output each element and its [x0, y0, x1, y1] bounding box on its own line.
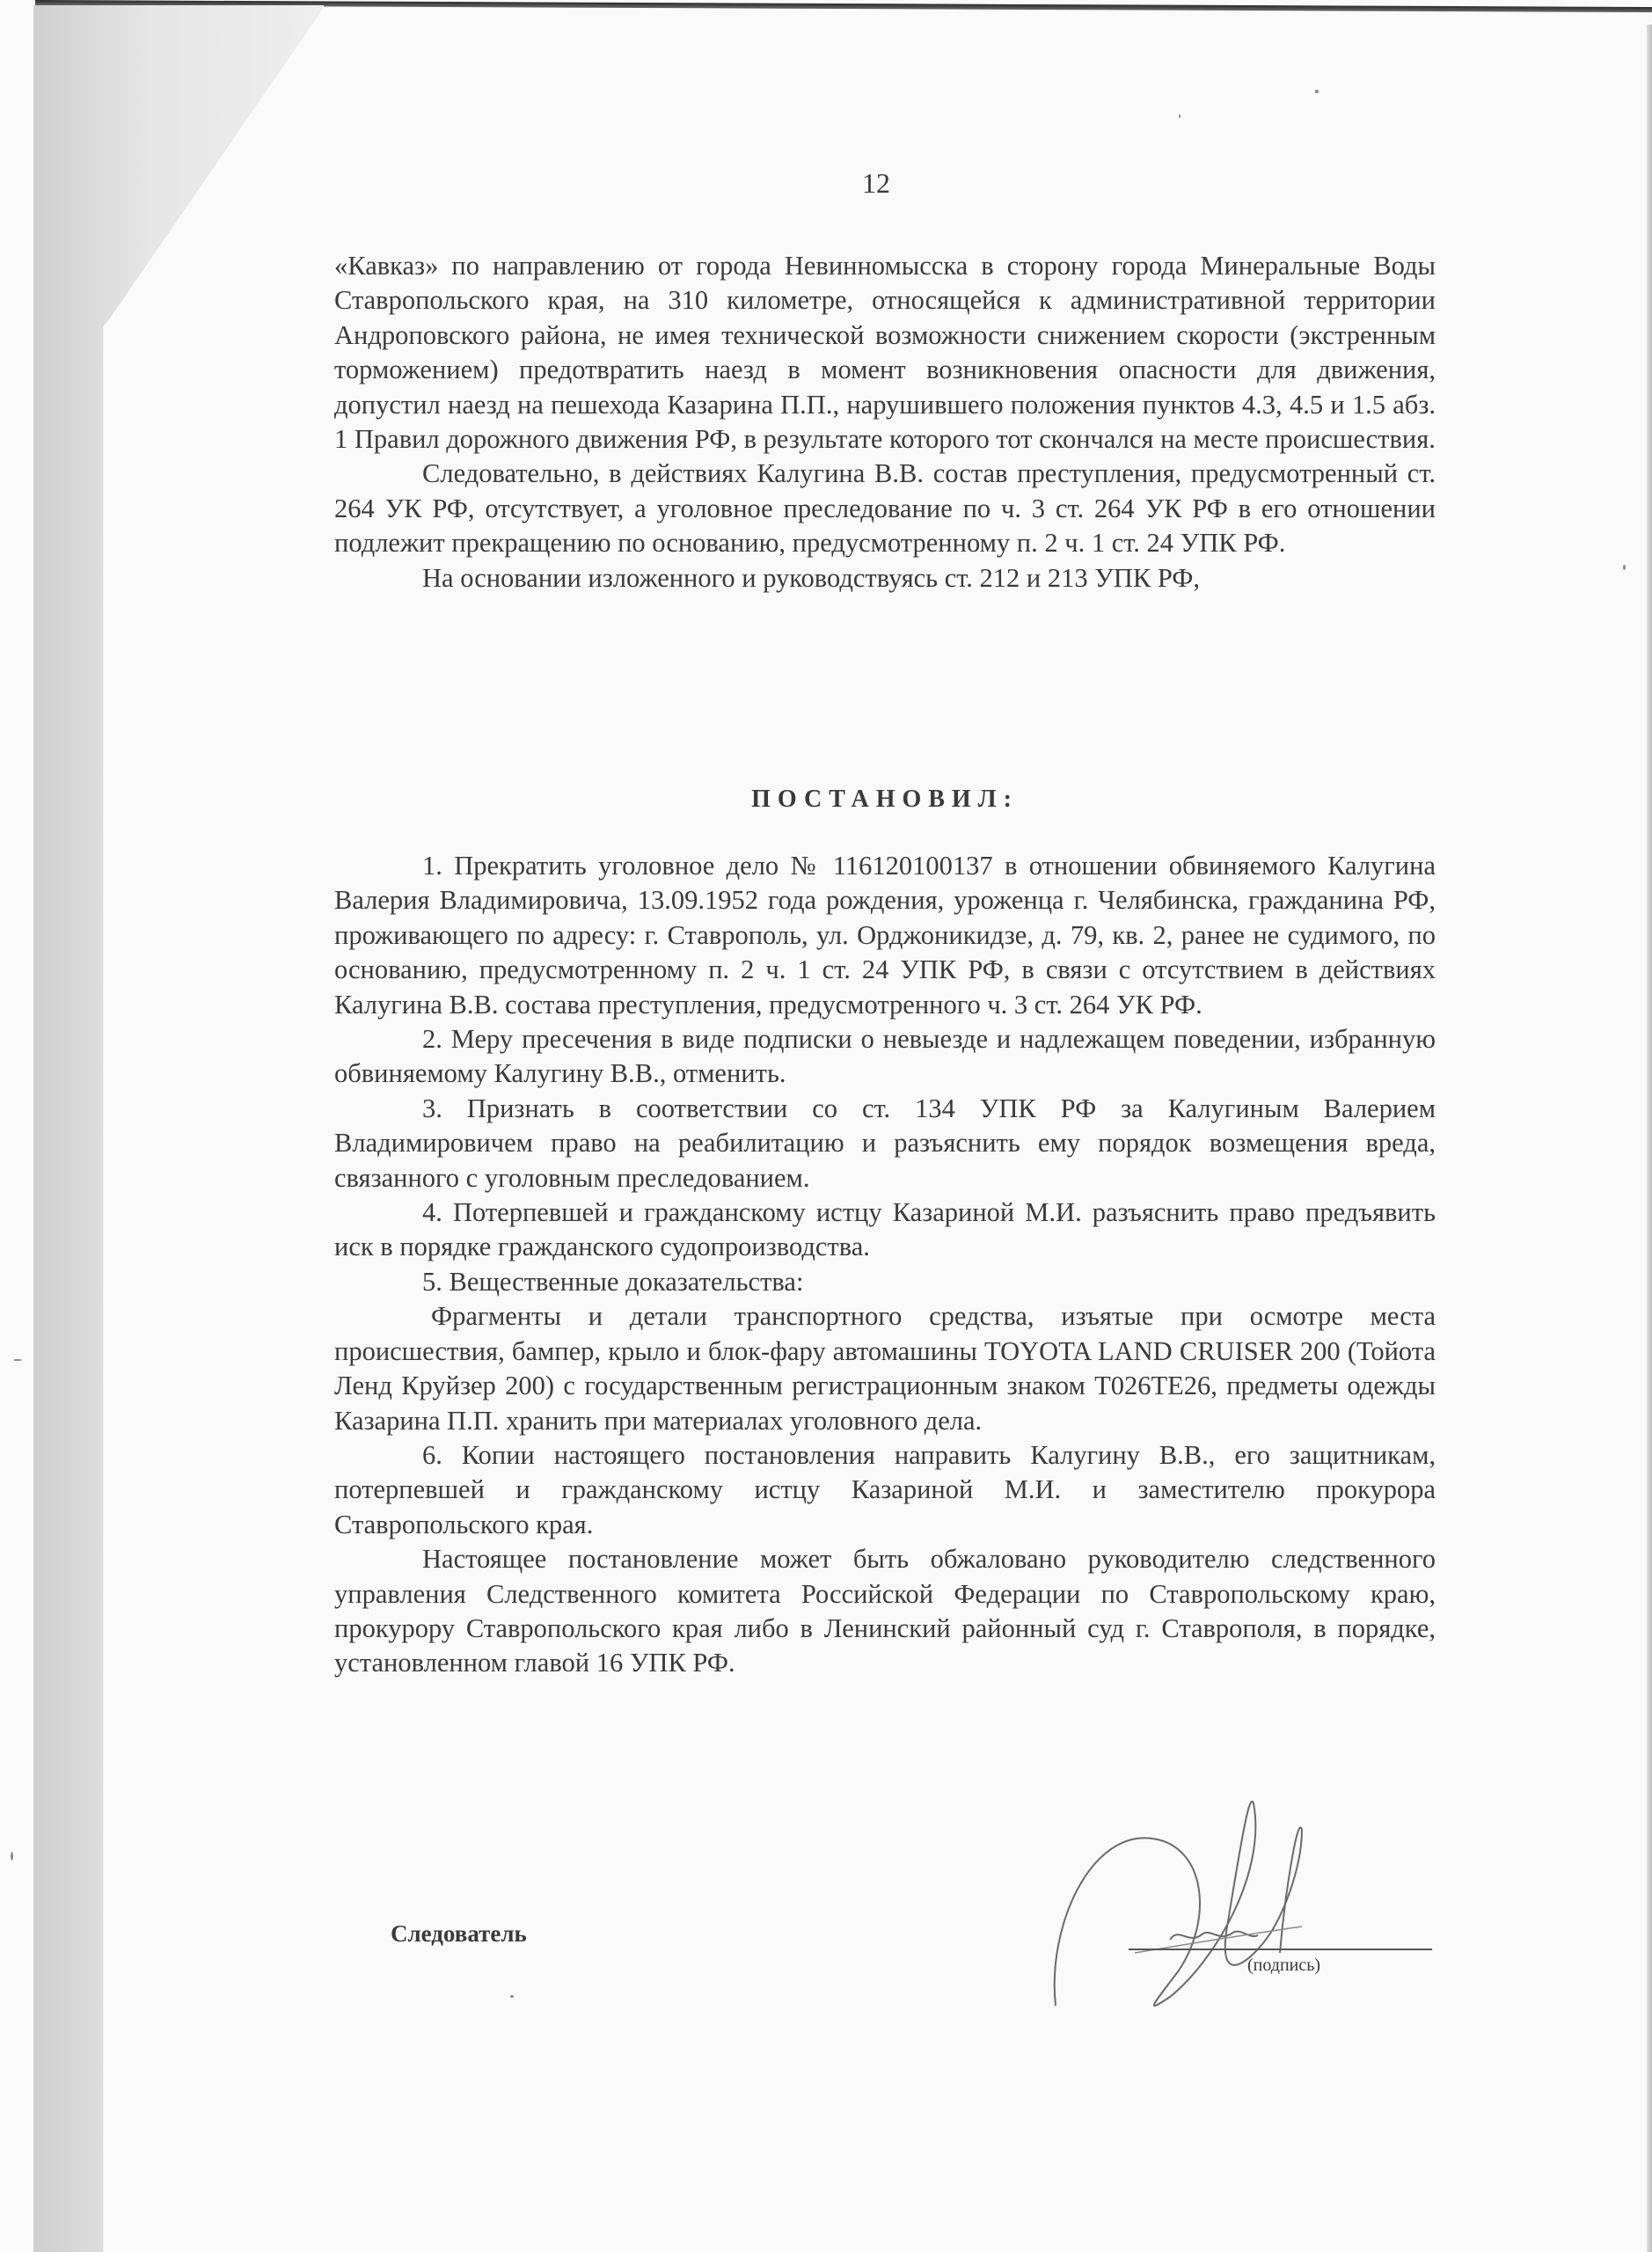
resolution-item-3: 3. Признать в соответствии со ст. 134 УП… — [334, 1092, 1436, 1195]
paragraph-basis: На основании изложенного и руководствуяс… — [334, 561, 1436, 596]
scan-right-edge — [1647, 25, 1652, 2252]
scan-speck — [1623, 565, 1626, 570]
signature-caption: (подпись) — [1247, 1956, 1320, 1976]
scan-speck — [13, 1359, 22, 1361]
resolution-heading: ПОСТАНОВИЛ: — [334, 786, 1436, 814]
resolution-item-5-evidence: Фрагменты и детали транспортного средств… — [334, 1299, 1436, 1438]
scan-speck — [1315, 90, 1319, 93]
resolution-list: 1. Прекратить уголовное дело № 116120100… — [334, 849, 1436, 1681]
signature-line — [1129, 1949, 1432, 1950]
scan-speck — [1179, 114, 1181, 118]
paragraph-conclusion: Следовательно, в действиях Калугина В.В.… — [334, 457, 1436, 560]
scan-speck — [510, 1995, 514, 1998]
resolution-item-4: 4. Потерпевшей и гражданскому истцу Каза… — [334, 1195, 1436, 1265]
resolution-item-2: 2. Меру пресечения в виде подписки о нев… — [334, 1022, 1436, 1092]
scan-speck — [11, 1852, 13, 1861]
resolution-item-6: 6. Копии настоящего постановления направ… — [334, 1438, 1436, 1542]
resolution-item-5: 5. Вещественные доказательства: — [334, 1265, 1436, 1299]
signer-title: Следователь — [391, 1920, 527, 1948]
page-number: 12 — [862, 167, 890, 200]
resolution-item-1: 1. Прекратить уголовное дело № 116120100… — [334, 849, 1436, 1022]
handwritten-signature — [1038, 1795, 1443, 2014]
paragraph-incident: «Кавказ» по направлению от города Невинн… — [334, 249, 1436, 457]
scan-folded-corner — [33, 5, 324, 2252]
document-body-top: «Кавказ» по направлению от города Невинн… — [334, 249, 1436, 596]
appeal-paragraph: Настоящее постановление может быть обжал… — [334, 1542, 1436, 1681]
